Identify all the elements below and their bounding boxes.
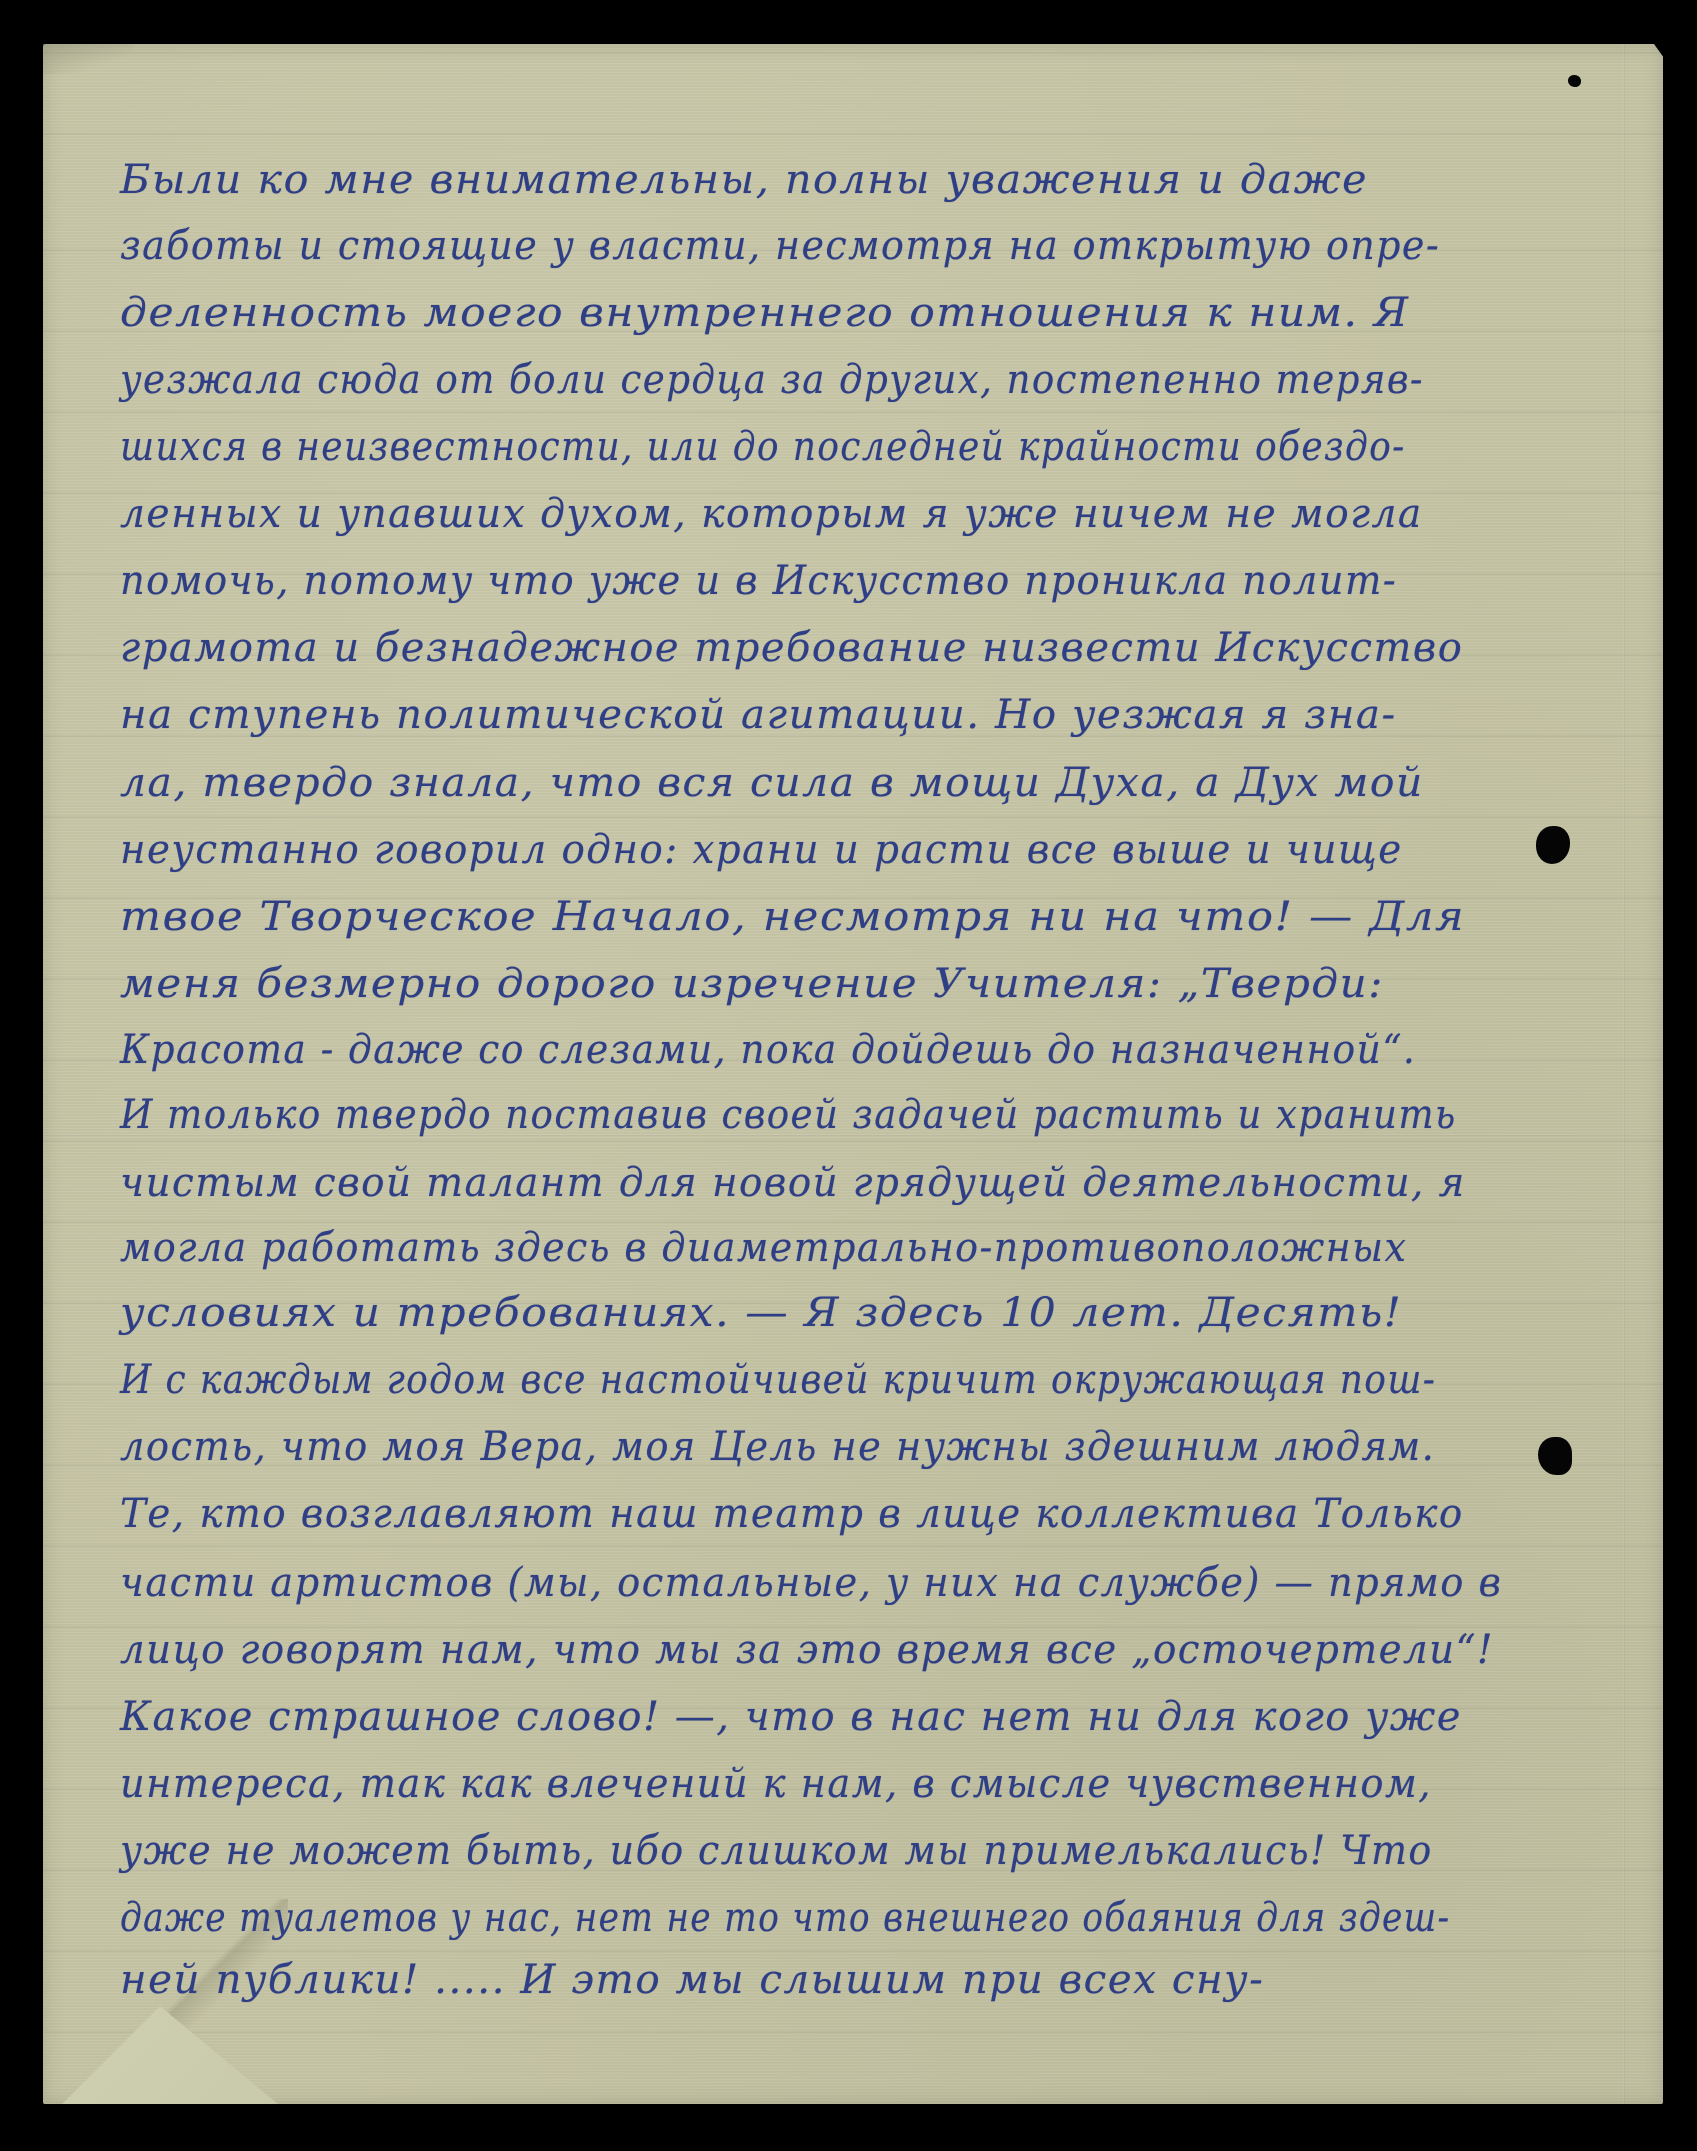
handwritten-line: ла, твердо знала, что вся сила в мощи Ду…: [120, 753, 1424, 813]
handwritten-line: на ступень политической агитации. Но уез…: [120, 685, 1397, 745]
handwritten-line: части артистов (мы, остальные, у них на …: [120, 1553, 1502, 1613]
paper-crease-top-left: [43, 44, 133, 74]
handwritten-line: помочь, потому что уже и в Искусство про…: [120, 551, 1397, 611]
handwritten-line: заботы и стоящие у власти, несмотря на о…: [120, 216, 1440, 276]
handwritten-line: Те, кто возглавляют наш театр в лице кол…: [120, 1484, 1464, 1544]
handwritten-line: грамота и безнадежное требование низвест…: [120, 618, 1463, 678]
punch-hole-middle: [1536, 826, 1570, 864]
paper-fold-vertical: [1623, 44, 1625, 2104]
handwritten-line: деленность моего внутреннего отношения к…: [120, 283, 1410, 343]
punch-hole-lower: [1538, 1437, 1572, 1475]
handwritten-line: ленных и упавших духом, которым я уже ни…: [120, 484, 1423, 544]
handwritten-line: уезжала сюда от боли сердца за других, п…: [120, 350, 1424, 410]
handwritten-line: лицо говорят нам, что мы за это время вс…: [120, 1620, 1494, 1680]
handwritten-line: Были ко мне внимательны, полны уважения …: [120, 150, 1368, 210]
handwritten-line: интереса, так как влечений к нам, в смыс…: [120, 1754, 1432, 1814]
handwritten-line: даже туалетов у нас, нет не то что внешн…: [120, 1888, 1450, 1948]
punch-hole-top: [1568, 75, 1581, 87]
handwritten-line: условиях и требованиях. — Я здесь 10 лет…: [120, 1283, 1402, 1343]
handwritten-line: Красота - даже со слезами, пока дойдешь …: [120, 1020, 1416, 1080]
handwritten-line: И только твердо поставив своей задачей р…: [120, 1085, 1457, 1145]
handwritten-line: шихся в неизвестности, или до последней …: [120, 417, 1406, 477]
handwritten-line: Какое страшное слово! —, что в нас нет н…: [120, 1687, 1462, 1747]
handwritten-line: чистым свой талант для новой грядущей де…: [120, 1153, 1466, 1213]
handwritten-line: лость, что моя Вера, моя Цель не нужны з…: [120, 1417, 1435, 1477]
handwritten-line: твое Творческое Начало, несмотря ни на ч…: [120, 887, 1465, 947]
handwritten-line: неустанно говорил одно: храни и расти вс…: [120, 820, 1403, 880]
handwritten-line: ней публики! ..... И это мы слышим при в…: [120, 1950, 1264, 2010]
paper-torn-corner: [1654, 44, 1664, 58]
handwritten-line: И с каждым годом все настойчивей кричит …: [120, 1350, 1436, 1410]
handwritten-line: меня безмерно дорого изречение Учителя: …: [120, 954, 1384, 1014]
handwritten-line: могла работать здесь в диаметрально-прот…: [120, 1218, 1407, 1278]
handwritten-line: уже не может быть, ибо слишком мы примел…: [120, 1821, 1433, 1881]
